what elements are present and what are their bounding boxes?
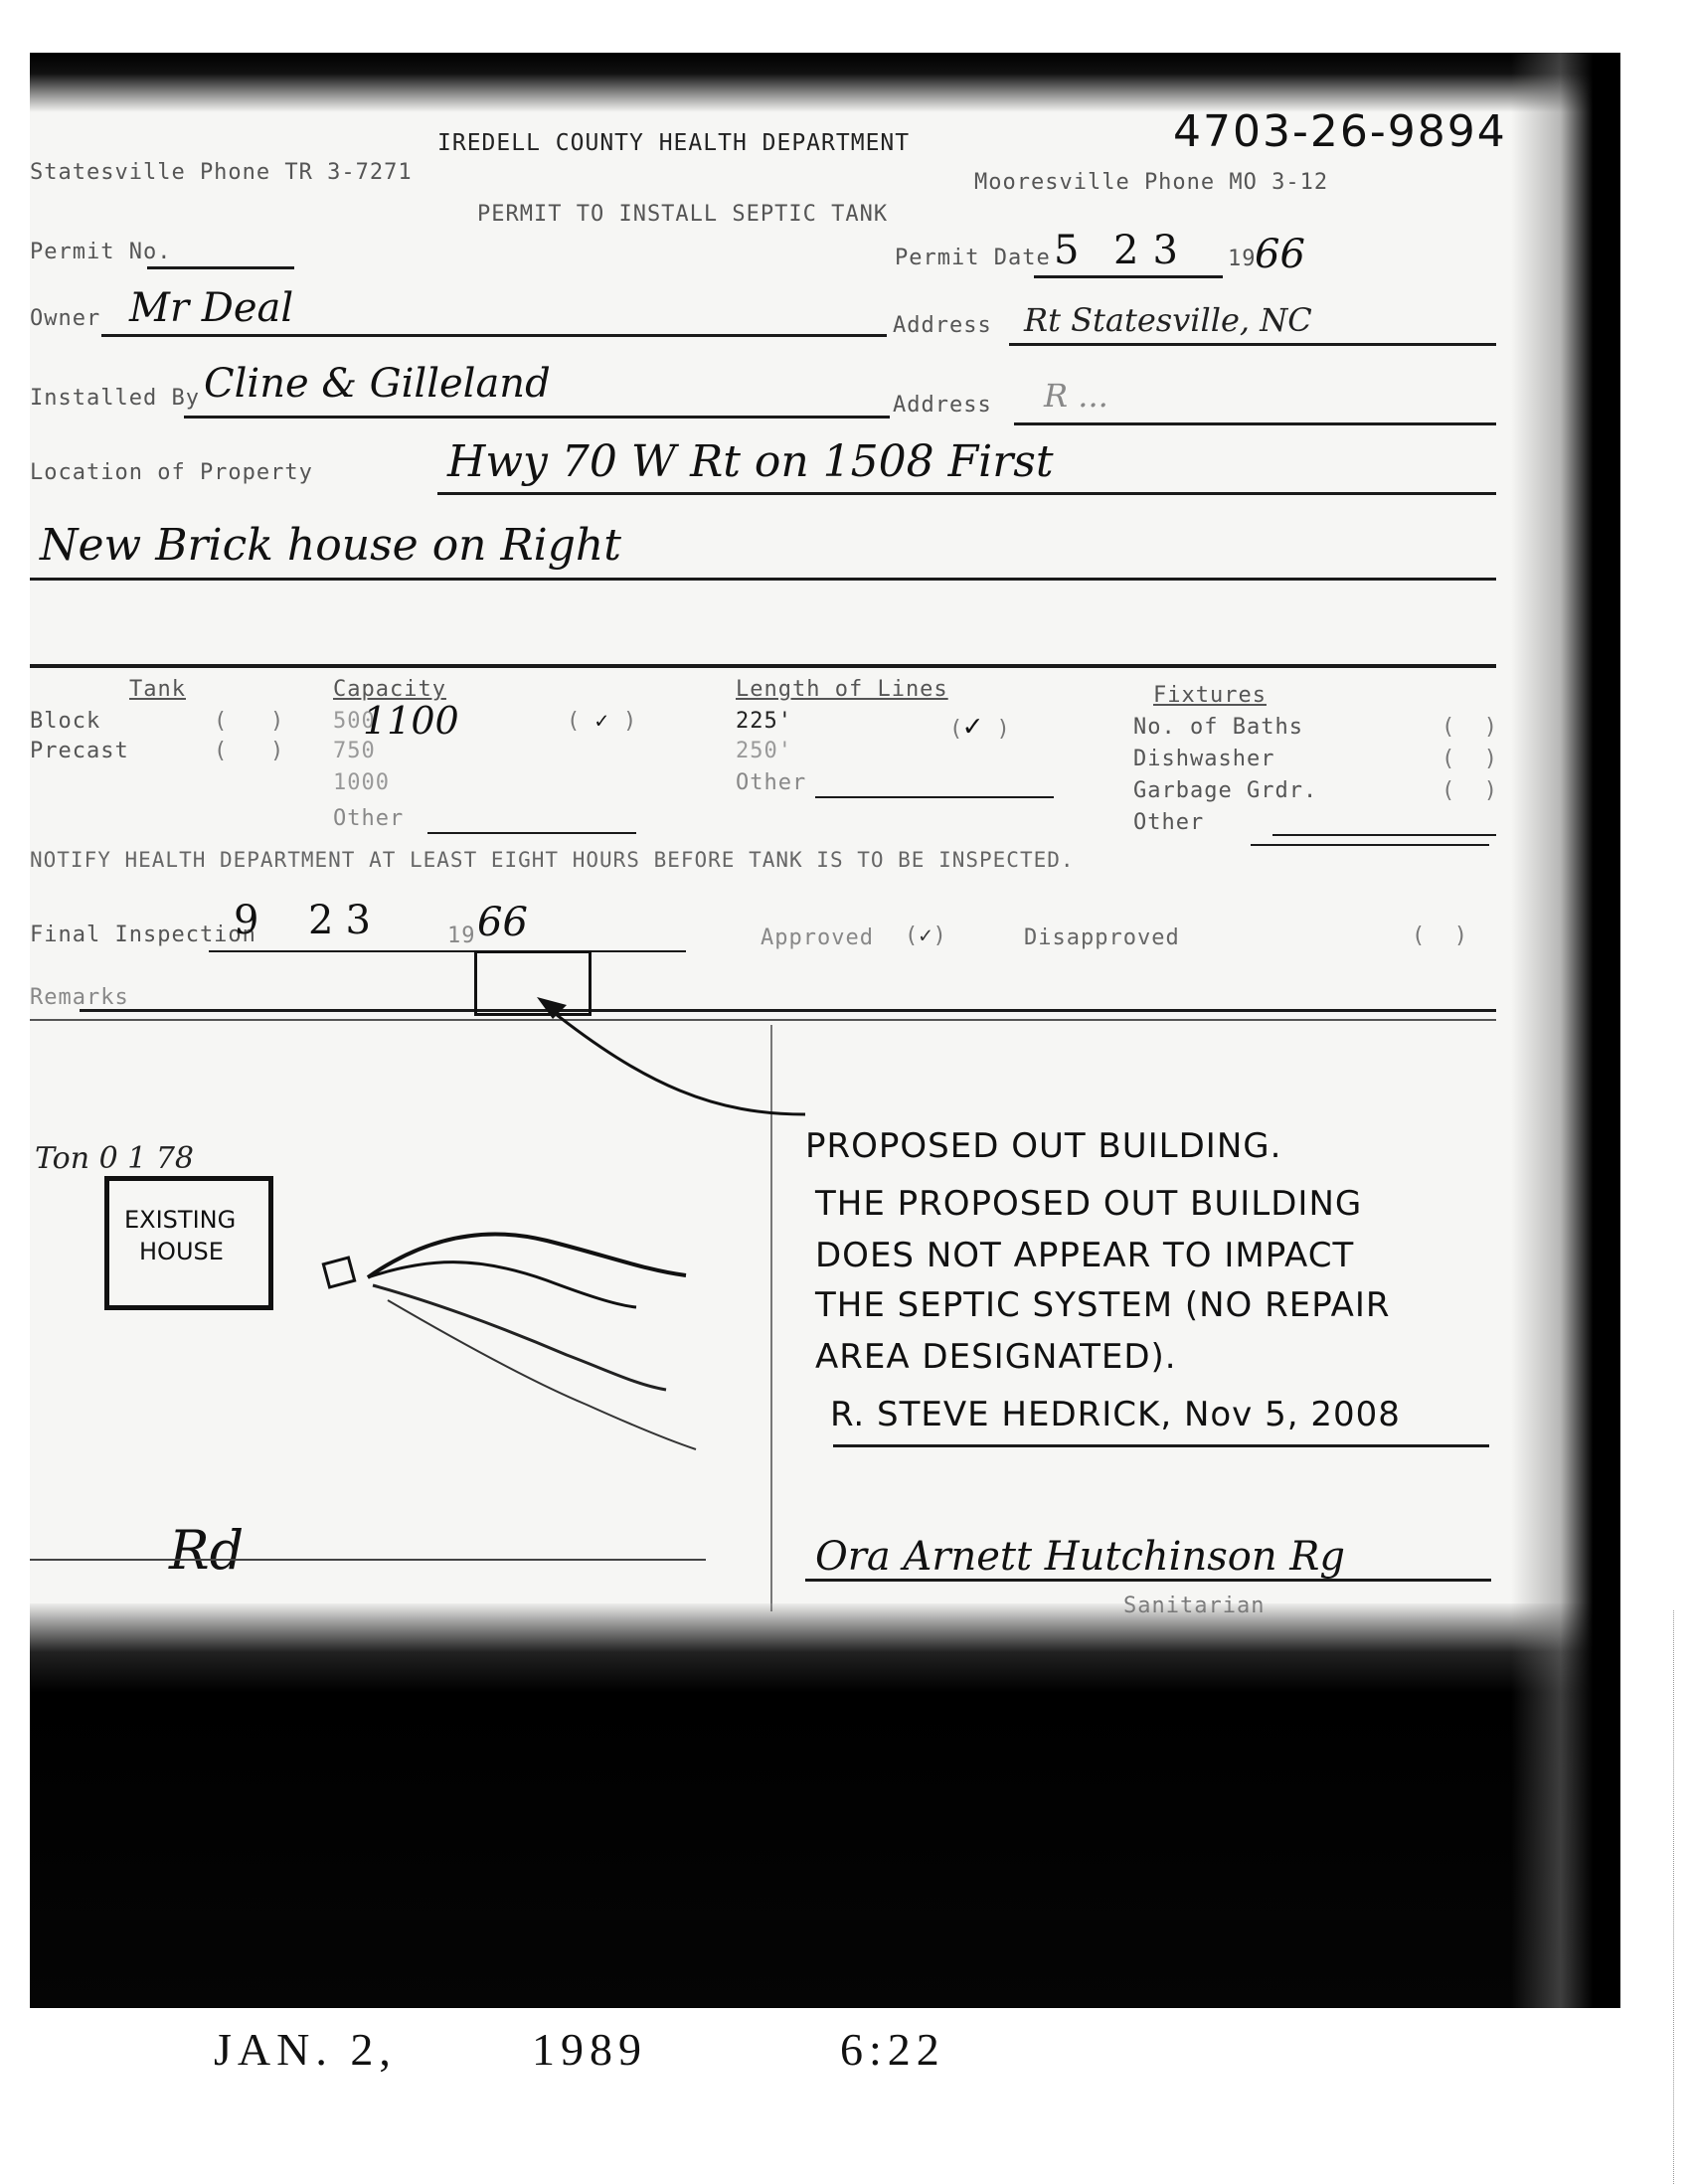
annotation-line-4: AREA DESIGNATED). [815,1337,1177,1377]
stamp-time: 6:22 [840,2023,945,2076]
scanned-permit: IREDELL COUNTY HEALTH DEPARTMENT 4703-26… [30,53,1620,2008]
annotation-line-1: THE PROPOSED OUT BUILDING [815,1184,1362,1224]
page-edge [1673,1610,1674,2184]
sanitarian-line [805,1579,1491,1582]
annotation-signature: R. STEVE HEDRICK, Nov 5, 2008 [830,1395,1401,1434]
annotation-signature-line [833,1444,1489,1447]
stamp-date: JAN. 2, [214,2023,397,2076]
annotation-line-3: THE SEPTIC SYSTEM (NO REPAIR [815,1285,1390,1325]
annotation-line-2: DOES NOT APPEAR TO IMPACT [815,1236,1354,1275]
road-label: Rd [169,1519,244,1582]
stamp-year: 1989 [532,2023,647,2076]
road-line [30,1559,706,1561]
sanitarian-signature: Ora Arnett Hutchinson Rg [815,1534,1345,1580]
scan-shadow-bottom [30,1603,1620,2008]
annotation-title: PROPOSED OUT BUILDING. [805,1126,1281,1166]
scan-shadow-right [1511,53,1620,2008]
septic-drain-lines-icon [30,53,825,1643]
